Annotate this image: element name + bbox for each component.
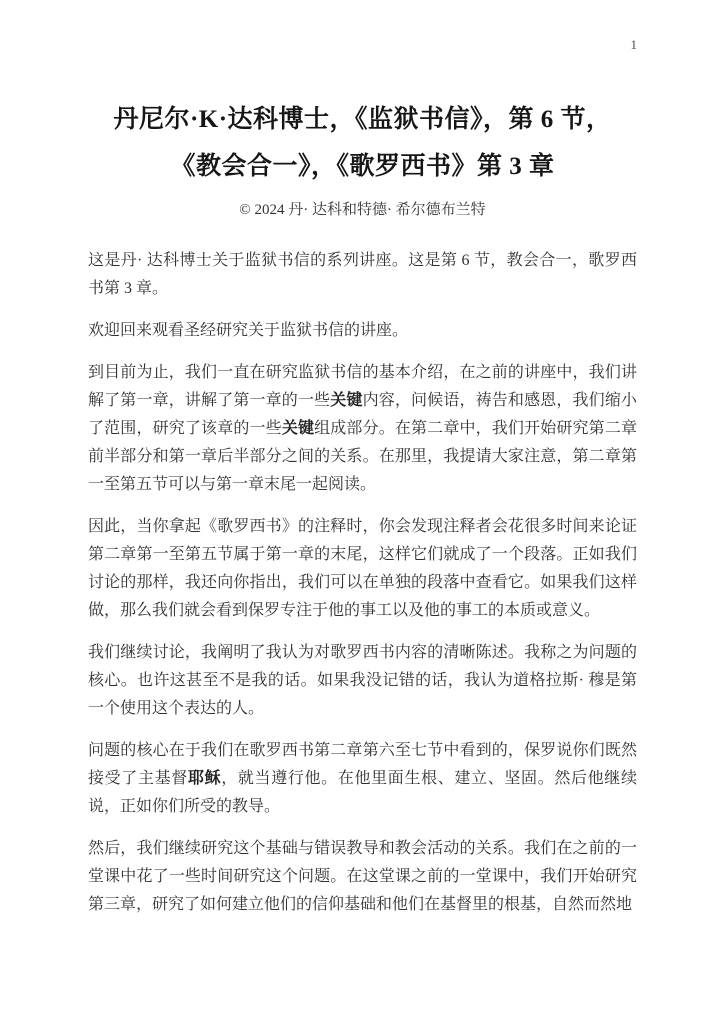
paragraph: 这是丹· 达科博士关于监狱书信的系列讲座。这是第 6 节，教会合一，歌罗西书第 … — [88, 247, 637, 303]
page-number: 1 — [88, 36, 637, 54]
document-page: 1 丹尼尔·K·达科博士，《监狱书信》，第 6 节， 《教会合一》，《歌罗西书》… — [0, 0, 724, 1024]
bold-text-run: 关键 — [330, 392, 362, 409]
bold-text-run: 耶稣 — [188, 770, 221, 787]
paragraph: 然后，我们继续研究这个基础与错误教导和教会活动的关系。我们在之前的一堂课中花了一… — [88, 835, 637, 919]
body-paragraphs: 这是丹· 达科博士关于监狱书信的系列讲座。这是第 6 节，教会合一，歌罗西书第 … — [88, 247, 637, 919]
document-title: 丹尼尔·K·达科博士，《监狱书信》，第 6 节， 《教会合一》，《歌罗西书》第 … — [88, 96, 637, 190]
paragraph: 我们继续讨论，我阐明了我认为对歌罗西书内容的清晰陈述。我称之为问题的核心。也许这… — [88, 639, 637, 723]
title-line-2: 《教会合一》，《歌罗西书》第 3 章 — [170, 153, 554, 180]
paragraph: 到目前为止，我们一直在研究监狱书信的基本介绍，在之前的讲座中，我们讲解了第一章，… — [88, 359, 637, 499]
text-run: 这是丹· 达科博士关于监狱书信的系列讲座。这是第 6 节，教会合一，歌罗西书第 … — [88, 252, 637, 297]
paragraph: 因此，当你拿起《歌罗西书》的注释时，你会发现注释者会花很多时间来论证第二章第一至… — [88, 513, 637, 625]
text-run: 因此，当你拿起《歌罗西书》的注释时，你会发现注释者会花很多时间来论证第二章第一至… — [88, 518, 637, 619]
bold-text-run: 关键 — [282, 420, 314, 437]
copyright-line: © 2024 丹· 达科和特德· 希尔德布兰特 — [88, 199, 637, 221]
text-run: 欢迎回来观看圣经研究关于监狱书信的讲座。 — [88, 322, 408, 339]
paragraph: 问题的核心在于我们在歌罗西书第二章第六至七节中看到的，保罗说你们既然接受了主基督… — [88, 737, 637, 821]
text-run: 我们继续讨论，我阐明了我认为对歌罗西书内容的清晰陈述。我称之为问题的核心。也许这… — [88, 644, 637, 717]
title-line-1: 丹尼尔·K·达科博士，《监狱书信》，第 6 节， — [113, 106, 611, 133]
text-run: 然后，我们继续研究这个基础与错误教导和教会活动的关系。我们在之前的一堂课中花了一… — [88, 840, 637, 913]
paragraph: 欢迎回来观看圣经研究关于监狱书信的讲座。 — [88, 317, 637, 345]
